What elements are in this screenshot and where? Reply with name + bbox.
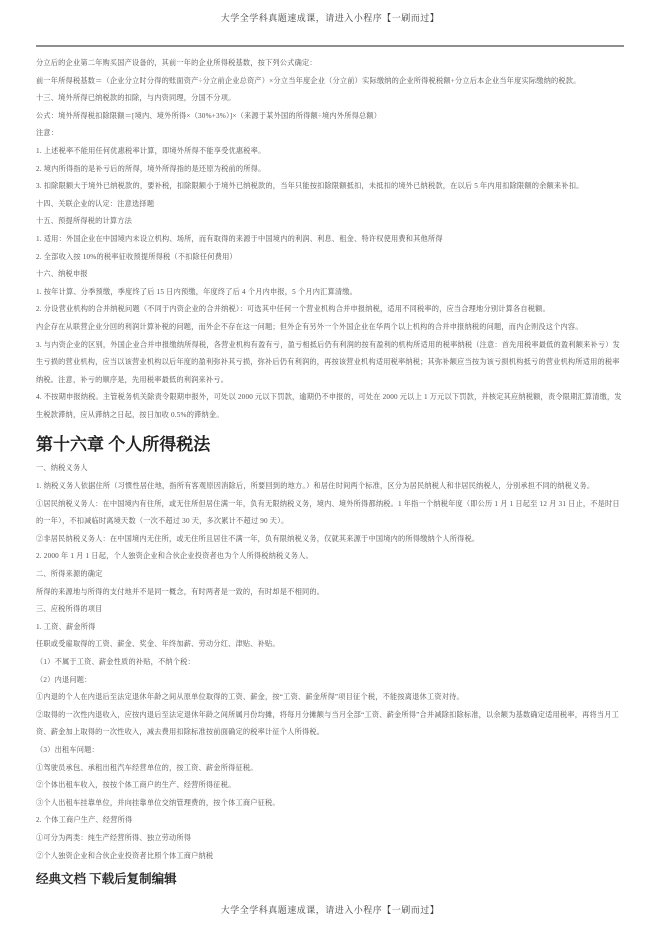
- chapter-paragraph: 2. 个体工商户生产、经营所得: [36, 812, 624, 830]
- header-note: 大学全学科真题速成课，请进入小程序【一刷而过】: [0, 0, 660, 24]
- chapter-paragraph: 二、所得来源的确定: [36, 566, 624, 584]
- document-body: 分立后的企业第二年购买国产设备的，其前一年的企业所得税基数，按下列公式确定：前一…: [36, 55, 624, 887]
- chapter-paragraph: ②非居民纳税义务人：在中国境内无住所，或无住所且居住不满一年，负有限纳税义务，仅…: [36, 531, 624, 549]
- chapter-title: 第十六章 个人所得税法: [36, 434, 624, 456]
- chapter-paragraph: 所得的来源地与所得的支付地并不是同一概念，有时两者是一致的，有时却是不相同的。: [36, 584, 624, 602]
- intro-paragraph: 4. 不按期申报纳税。主管税务机关除责令限期申报外，可处以 2000 元以下罚款…: [36, 389, 624, 424]
- chapter-paragraph: （3）出租车问题：: [36, 742, 624, 760]
- header-divider: [36, 45, 624, 47]
- chapter-section: 一、纳税义务人1. 纳税义务人依据住所（习惯性居住地，指所有客观原因消除后，所要…: [36, 460, 624, 865]
- intro-paragraph: 2. 分设营业机构的合并纳税问题（不同于内资企业的合并纳税）：可选其中任何一个营…: [36, 301, 624, 319]
- intro-paragraph: 十三、境外所得已纳税款的扣除，与内资同理，分国不分项。: [36, 90, 624, 108]
- chapter-paragraph: ②取得的一次性内退收入，应按内退后至法定退休年龄之间所属月份均摊，将每月分摊额与…: [36, 707, 624, 742]
- intro-paragraph: 3. 扣除限额大于境外已纳税款的，要补税，扣除限额小于境外已纳税款的，当年只能按…: [36, 178, 624, 196]
- footer-note: 大学全学科真题速成课，请进入小程序【一刷而过】: [0, 903, 660, 916]
- chapter-paragraph: ①居民纳税义务人：在中国境内有住所，或无住所但居住满一年，负有无限纳税义务，境内…: [36, 496, 624, 531]
- chapter-paragraph: ②个人独资企业和合伙企业投资者比照个体工商户纳税: [36, 848, 624, 866]
- intro-paragraph: 注意：: [36, 125, 624, 143]
- intro-paragraph: 1. 按年计算、分季预缴，季度终了后 15 日内预缴，年度终了后 4 个月内申报…: [36, 284, 624, 302]
- intro-paragraph: 十五、预提所得税的计算方法: [36, 213, 624, 231]
- chapter-paragraph: ③个人出租车挂靠单位，并向挂靠单位交纳管理费的，按个体工商户征税。: [36, 795, 624, 813]
- chapter-paragraph: 一、纳税义务人: [36, 460, 624, 478]
- intro-paragraph: 1. 适用：外国企业在中国境内未设立机构、场所，而有取得的来源于中国境内的利润、…: [36, 231, 624, 249]
- intro-paragraph: 内企存在从联营企业分回的利润计算补税的问题，而外企不存在这一问题；但外企有另外一…: [36, 319, 624, 337]
- intro-paragraph: 2. 境内所得指的是补亏后的所得，境外所得指的是还原为税前的所得。: [36, 161, 624, 179]
- intro-paragraph: 前一年所得税基数＝（企业分立时分得的账面资产÷分立前企业总资产）×分立当年度企业…: [36, 73, 624, 91]
- chapter-paragraph: 1. 纳税义务人依据住所（习惯性居住地，指所有客观原因消除后，所要回到的地方。）…: [36, 478, 624, 496]
- intro-section: 分立后的企业第二年购买国产设备的，其前一年的企业所得税基数，按下列公式确定：前一…: [36, 55, 624, 424]
- intro-paragraph: 十六、纳税申报: [36, 266, 624, 284]
- chapter-paragraph: ①可分为两类：纯生产经营所得、独立劳动所得: [36, 830, 624, 848]
- intro-paragraph: 分立后的企业第二年购买国产设备的，其前一年的企业所得税基数，按下列公式确定：: [36, 55, 624, 73]
- document-page: 大学全学科真题速成课，请进入小程序【一刷而过】 分立后的企业第二年购买国产设备的…: [0, 0, 660, 887]
- chapter-paragraph: ②个体出租车收入，按按个体工商户的生产、经营所得征税。: [36, 777, 624, 795]
- intro-paragraph: 1. 上述税率不能用任何优惠税率计算，即境外所得不能享受优惠税率。: [36, 143, 624, 161]
- intro-paragraph: 2. 全部收入按 10%的税率征收预提所得税（不扣除任何费用）: [36, 249, 624, 267]
- chapter-paragraph: ①内退的个人在内退后至法定退休年龄之间从原单位取得的工资、薪金，按“工资、薪金所…: [36, 689, 624, 707]
- intro-paragraph: 3. 与内资企业的区别，外国企业合并申报缴纳所得税，各营业机构有盈有亏，盈亏相抵…: [36, 337, 624, 390]
- chapter-paragraph: 2. 2000 年 1 月 1 日起，个人独资企业和合伙企业投资者也为个人所得税…: [36, 548, 624, 566]
- chapter-paragraph: ①驾驶员承包、承租出租汽车经营单位的，按工资、薪金所得征税。: [36, 760, 624, 778]
- intro-paragraph: 公式：境外所得税扣除限额＝[境内、境外所得×（30%+3%）]×（来源于某外国的…: [36, 108, 624, 126]
- chapter-paragraph: 1. 工资、薪金所得: [36, 619, 624, 637]
- intro-paragraph: 十四、关联企业的认定：注意选择题: [36, 196, 624, 214]
- chapter-paragraph: （1）不属于工资、薪金性质的补贴，不纳个税：: [36, 654, 624, 672]
- chapter-paragraph: （2）内退问题：: [36, 672, 624, 690]
- chapter-paragraph: 任职或受雇取得的工资、薪金、奖金、年终加薪、劳动分红、津贴、补贴。: [36, 636, 624, 654]
- bottom-heading: 经典文档 下载后复制编辑: [36, 869, 624, 887]
- chapter-paragraph: 三、应税所得的项目: [36, 601, 624, 619]
